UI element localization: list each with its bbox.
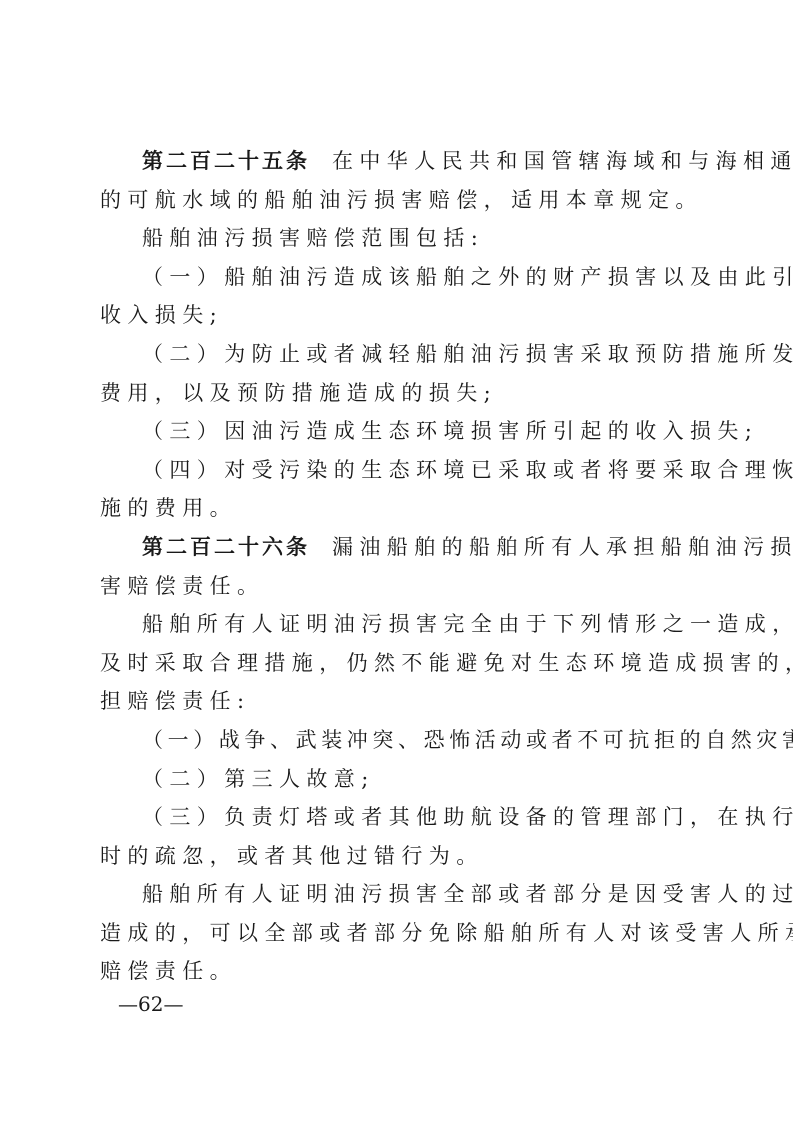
exemption-paragraph: 船舶所有人证明油污损害完全由于下列情形之一造成，经过 xyxy=(100,605,690,644)
partial-exemption-paragraph: 赔偿责任。 xyxy=(100,952,690,991)
list-item-continuation: 时的疏忽，或者其他过错行为。 xyxy=(100,837,690,876)
article-225-line-1: 第二百二十五条在中华人民共和国管辖海域和与海相通 xyxy=(100,142,690,181)
article-text: 在中华人民共和国管辖海域和与海相通 xyxy=(332,149,793,173)
page-number: —62— xyxy=(118,992,183,1016)
list-item: （二）第三人故意; xyxy=(100,760,690,799)
article-number: 第二百二十五条 xyxy=(142,149,310,173)
article-226-line-2: 害赔偿责任。 xyxy=(100,567,690,606)
list-item-continuation: 施的费用。 xyxy=(100,489,690,528)
list-item: （三）负责灯塔或者其他助航设备的管理部门，在执行职责 xyxy=(100,798,690,837)
list-item: （四）对受污染的生态环境已采取或者将要采取合理恢复措 xyxy=(100,451,690,490)
list-item: （二）为防止或者减轻船舶油污损害采取预防措施所发生的 xyxy=(100,335,690,374)
list-item: （三）因油污造成生态环境损害所引起的收入损失; xyxy=(100,412,690,451)
article-225-line-2: 的可航水域的船舶油污损害赔偿，适用本章规定。 xyxy=(100,181,690,220)
list-item: （一）船舶油污造成该船舶之外的财产损害以及由此引起的 xyxy=(100,258,690,297)
scope-intro: 船舶油污损害赔偿范围包括: xyxy=(100,219,690,258)
document-page: 第二百二十五条在中华人民共和国管辖海域和与海相通 的可航水域的船舶油污损害赔偿，… xyxy=(100,142,690,991)
partial-exemption-paragraph: 造成的，可以全部或者部分免除船舶所有人对该受害人所承担的 xyxy=(100,914,690,953)
article-number: 第二百二十六条 xyxy=(142,535,310,559)
exemption-paragraph: 担赔偿责任: xyxy=(100,682,690,721)
list-item-continuation: 费用，以及预防措施造成的损失; xyxy=(100,374,690,413)
exemption-paragraph: 及时采取合理措施，仍然不能避免对生态环境造成损害的，不承 xyxy=(100,644,690,683)
list-item: （一）战争、武装冲突、恐怖活动或者不可抗拒的自然灾害; xyxy=(100,721,690,760)
article-226-line-1: 第二百二十六条漏油船舶的船舶所有人承担船舶油污损 xyxy=(100,528,690,567)
list-item-continuation: 收入损失; xyxy=(100,296,690,335)
partial-exemption-paragraph: 船舶所有人证明油污损害全部或者部分是因受害人的过错 xyxy=(100,875,690,914)
article-text: 漏油船舶的船舶所有人承担船舶油污损 xyxy=(332,535,793,559)
